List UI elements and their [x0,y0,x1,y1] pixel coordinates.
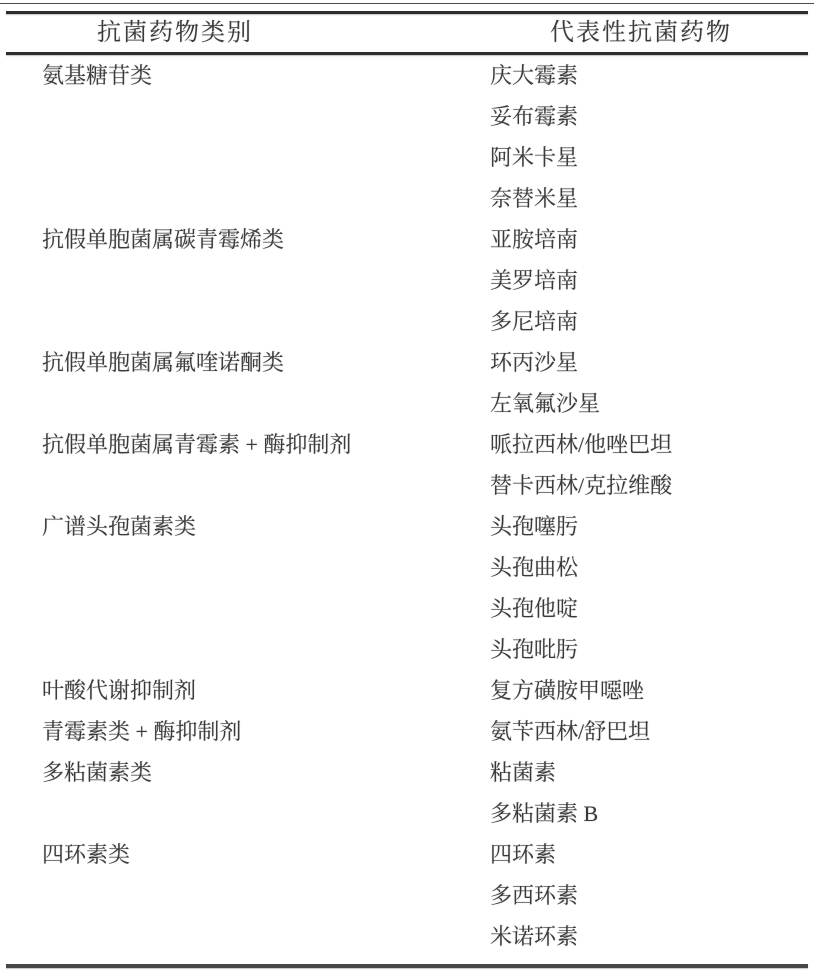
table-row: 头孢吡肟 [6,629,808,670]
category-cell: 多粘菌素类 [6,752,490,793]
table-row: 多粘菌素 B [6,793,808,834]
drug-cell: 亚胺培南 [490,219,808,260]
table-bottom-rule [6,964,808,968]
drug-cell: 头孢曲松 [490,547,808,588]
column-header-representative-drug: 代表性抗菌药物 [474,14,808,52]
category-cell: 叶酸代谢抑制剂 [6,670,490,711]
table-row: 替卡西林/克拉维酸 [6,465,808,506]
drug-cell: 奈替米星 [490,178,808,219]
category-cell [6,96,490,137]
drug-cell: 替卡西林/克拉维酸 [490,465,808,506]
category-cell [6,916,490,957]
table-row: 妥布霉素 [6,96,808,137]
category-cell [6,465,490,506]
top-hairline [0,3,814,4]
drug-cell: 四环素 [490,834,808,875]
table-body: 氨基糖苷类庆大霉素妥布霉素阿米卡星奈替米星抗假单胞菌属碳青霉烯类亚胺培南美罗培南… [6,55,808,957]
table-row: 抗假单胞菌属氟喹诺酮类环丙沙星 [6,342,808,383]
drug-cell: 多西环素 [490,875,808,916]
table-row: 多尼培南 [6,301,808,342]
drug-cell: 粘菌素 [490,752,808,793]
category-cell [6,137,490,178]
drug-cell: 多尼培南 [490,301,808,342]
category-cell [6,178,490,219]
drug-cell: 多粘菌素 B [490,793,808,834]
table-row: 叶酸代谢抑制剂复方磺胺甲噁唑 [6,670,808,711]
drug-cell: 头孢他啶 [490,588,808,629]
category-cell: 四环素类 [6,834,490,875]
category-cell [6,260,490,301]
table-row: 抗假单胞菌属青霉素 + 酶抑制剂哌拉西林/他唑巴坦 [6,424,808,465]
drug-cell: 庆大霉素 [490,55,808,96]
table-row: 多西环素 [6,875,808,916]
category-cell: 氨基糖苷类 [6,55,490,96]
category-cell [6,629,490,670]
table-row: 青霉素类 + 酶抑制剂氨苄西林/舒巴坦 [6,711,808,752]
table-row: 左氧氟沙星 [6,383,808,424]
table-row: 抗假单胞菌属碳青霉烯类亚胺培南 [6,219,808,260]
drug-cell: 头孢噻肟 [490,506,808,547]
drug-cell: 左氧氟沙星 [490,383,808,424]
drug-cell: 哌拉西林/他唑巴坦 [490,424,808,465]
category-cell [6,588,490,629]
table-row: 头孢曲松 [6,547,808,588]
category-cell [6,383,490,424]
table-row: 米诺环素 [6,916,808,957]
table-row: 阿米卡星 [6,137,808,178]
table-row: 头孢他啶 [6,588,808,629]
drug-cell: 美罗培南 [490,260,808,301]
drug-cell: 环丙沙星 [490,342,808,383]
category-cell: 抗假单胞菌属氟喹诺酮类 [6,342,490,383]
table-row: 氨基糖苷类庆大霉素 [6,55,808,96]
category-cell: 广谱头孢菌素类 [6,506,490,547]
category-cell [6,875,490,916]
scanned-table-page: 抗菌药物类别 代表性抗菌药物 氨基糖苷类庆大霉素妥布霉素阿米卡星奈替米星抗假单胞… [0,0,814,977]
drug-cell: 氨苄西林/舒巴坦 [490,711,808,752]
drug-cell: 阿米卡星 [490,137,808,178]
category-cell [6,301,490,342]
category-cell [6,547,490,588]
column-header-category: 抗菌药物类别 [6,14,344,52]
category-cell [6,793,490,834]
drug-cell: 妥布霉素 [490,96,808,137]
table-row: 美罗培南 [6,260,808,301]
table-row: 广谱头孢菌素类头孢噻肟 [6,506,808,547]
table-header-row: 抗菌药物类别 代表性抗菌药物 [6,14,808,52]
drug-cell: 米诺环素 [490,916,808,957]
table-row: 奈替米星 [6,178,808,219]
drug-cell: 复方磺胺甲噁唑 [490,670,808,711]
category-cell: 抗假单胞菌属青霉素 + 酶抑制剂 [6,424,490,465]
table-row: 多粘菌素类粘菌素 [6,752,808,793]
drug-cell: 头孢吡肟 [490,629,808,670]
category-cell: 青霉素类 + 酶抑制剂 [6,711,490,752]
table-row: 四环素类四环素 [6,834,808,875]
category-cell: 抗假单胞菌属碳青霉烯类 [6,219,490,260]
antibiotics-table: 抗菌药物类别 代表性抗菌药物 氨基糖苷类庆大霉素妥布霉素阿米卡星奈替米星抗假单胞… [6,11,808,968]
